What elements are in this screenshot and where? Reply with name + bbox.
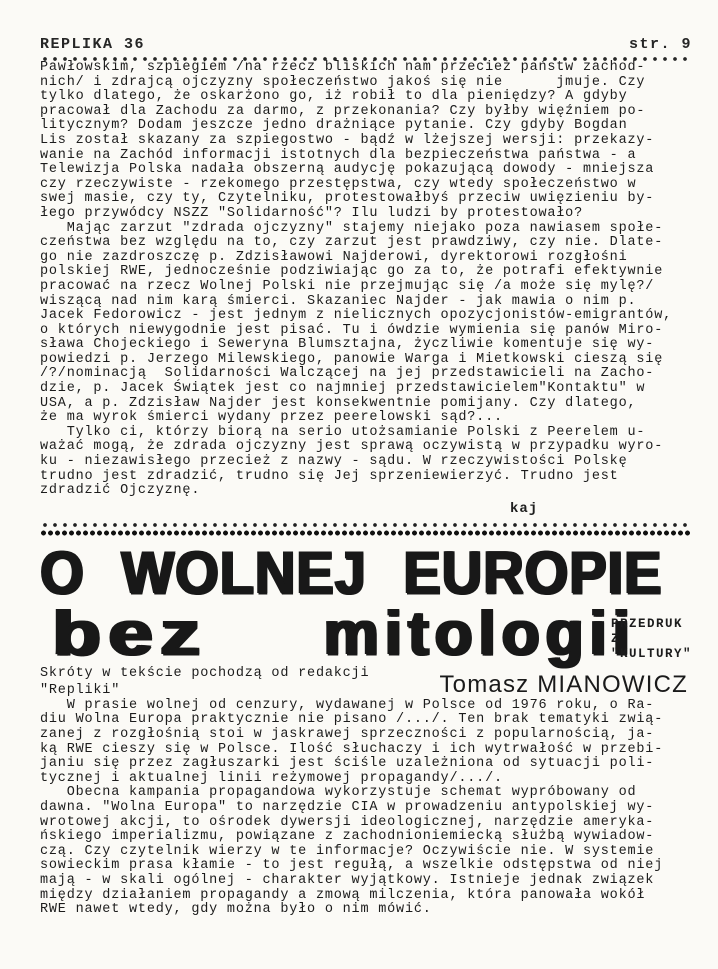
editor-note: Skróty w tekście pochodzą od redakcji "R… <box>40 665 369 699</box>
separator-dot-row-2 <box>40 529 692 537</box>
article1-paragraph-2: Mając zarzut "zdrada ojczyzny" stajemy n… <box>40 222 692 426</box>
reprint-source-note: PRZEDRUK Z "KULTURY" <box>611 617 692 662</box>
separator-dot-row-1 <box>40 522 692 528</box>
headline-line1: O WOLNEJ EUROPIE <box>40 539 692 606</box>
publication-title: REPLIKA 36 <box>40 36 145 53</box>
article2-paragraph-2: Obecna kampania propagandowa wykorzystuj… <box>40 786 692 917</box>
article2-paragraph-1: W prasie wolnej od cenzury, wydawanej w … <box>40 699 692 787</box>
byline-author: Tomasz MIANOWICZ <box>439 671 692 699</box>
author-initials: kaj <box>510 501 692 517</box>
masthead: REPLIKA 36 str. 9 <box>40 36 692 53</box>
page-number: str. 9 <box>629 36 692 53</box>
headline-word-mitologii: mitologii <box>323 605 635 663</box>
article1-paragraph-3: Tylko ci, którzy biorą na serio utożsami… <box>40 426 692 499</box>
headline-notes-row: Skróty w tekście pochodzą od redakcji "R… <box>40 665 692 699</box>
section-separator <box>40 522 692 537</box>
headline-line2: bez mitologii PRZEDRUK Z "KULTURY" <box>40 601 692 663</box>
headline-word-bez: bez <box>52 605 207 663</box>
scanned-page: REPLIKA 36 str. 9 Pawłowskim, szpiegiem … <box>0 0 718 969</box>
article1-paragraph-1: Pawłowskim, szpiegiem /na rzecz bliskich… <box>40 61 692 222</box>
article2-headline: O WOLNEJ EUROPIE bez mitologii PRZEDRUK … <box>40 539 692 663</box>
